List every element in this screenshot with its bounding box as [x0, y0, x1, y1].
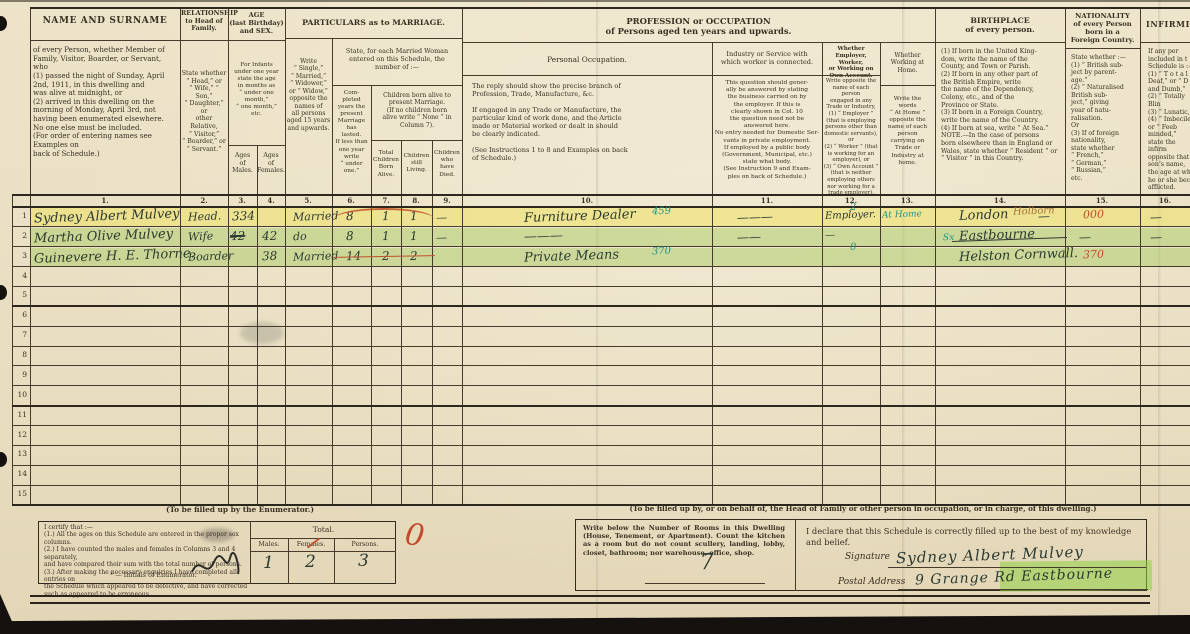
industry: —— [737, 230, 761, 243]
grid-line [12, 485, 1190, 486]
column-instructions-age: For Infants under one year state the age… [227, 62, 286, 119]
grid-line [462, 75, 712, 76]
column-label-ages-females: Ages of Females. [257, 152, 285, 175]
column-label-industry: Industry or Service with which worker is… [714, 50, 820, 66]
enumerator-males-value: 1 [263, 555, 274, 572]
census-schedule-page: NAME AND SURNAME of every Person, whethe… [0, 0, 1190, 634]
grid-line [12, 346, 1190, 347]
infirmity: — [1150, 231, 1162, 243]
column-number-13: 13. [895, 196, 919, 205]
column-label-personal-occupation: Personal Occupation. [462, 56, 712, 65]
grid-line [822, 42, 823, 505]
grid-line [30, 8, 31, 505]
rooms-baseline [645, 583, 765, 584]
age-female: 42 [262, 230, 278, 243]
column-instructions-relationship: State whether “ Head,” or “ Wife,” “ Son… [181, 70, 227, 153]
grid-line [12, 305, 1190, 307]
enumerator-total-rule [250, 538, 396, 539]
grid-line [935, 42, 1065, 43]
enumerator-section-heading: (To be filled up by the Enumerator.) [115, 506, 365, 515]
column-instructions-working-at-home: Write the words “ At Home ” opposite the… [881, 96, 934, 167]
column-number-9: 9. [435, 196, 459, 205]
at-home: At Home [882, 210, 922, 220]
grid-line [30, 7, 1190, 9]
column-number-5: 5. [296, 196, 320, 205]
grid-line [462, 8, 463, 505]
enumerator-males-label: Males. [250, 541, 288, 548]
grid-line [12, 425, 1190, 426]
occupation: ——— [524, 229, 563, 243]
column-number-10: 10. [575, 196, 599, 205]
children-died: — [436, 232, 447, 243]
column-header-age: AGE (last Birthday) and SEX. [228, 12, 285, 36]
employment-code: 2 [850, 203, 857, 213]
grid-line [822, 75, 880, 76]
column-number-14: 14. [988, 196, 1012, 205]
marriage-years: 8 [346, 230, 354, 242]
occupation: Private Means [524, 248, 619, 264]
row-number-4: 4 [12, 271, 27, 280]
column-instructions-married-woman: State, for each Married Woman entered on… [334, 48, 460, 71]
grid-line [935, 8, 936, 505]
column-label-ages-males: Ages of Males. [228, 152, 257, 175]
row-number-14: 14 [12, 469, 27, 478]
marital: Married [293, 210, 339, 223]
row-number-9: 9 [12, 370, 27, 379]
grid-line [712, 75, 822, 76]
column-instructions-marriage-years: Com- pleted years the present Marriage h… [333, 90, 370, 175]
grid-line [332, 38, 333, 505]
enumerator-initials-scribble [186, 550, 244, 580]
grid-line [180, 40, 228, 41]
grid-line [12, 326, 1190, 327]
sheet-bottom-rule [30, 595, 1150, 597]
column-instructions-employer: Write opposite the name of each person e… [823, 78, 879, 197]
column-header-marriage: PARTICULARS as to MARRIAGE. [285, 18, 462, 27]
grid-line [12, 445, 1190, 446]
grid-line [285, 8, 286, 505]
occupation: Furniture Dealer [524, 208, 636, 225]
column-label-children-living: Children still Living. [401, 153, 432, 175]
declaration-text: I declare that this Schedule is correctl… [806, 526, 1138, 548]
occupation-code: 459 [652, 207, 671, 218]
birthplace-dash: — [1038, 210, 1050, 222]
children-living: 1 [410, 230, 418, 242]
column-header-relationship: RELATIONSHIP to Head of Family. [181, 10, 227, 33]
grid-line [12, 194, 1190, 196]
column-header-birthplace: BIRTHPLACE of every person. [935, 16, 1065, 35]
row-number-15: 15 [12, 489, 27, 498]
birthplace: Helston Cornwall. [959, 247, 1078, 264]
grid-line [371, 85, 372, 505]
row-number-6: 6 [12, 310, 27, 319]
column-header-name: NAME AND SURNAME [34, 16, 176, 27]
occupation-code: 370 [652, 246, 671, 257]
grid-line [1140, 8, 1141, 505]
column-number-6: 6. [339, 196, 363, 205]
grid-line [1065, 48, 1140, 49]
rooms-instructions: Write below the Number of Rooms in this … [583, 524, 785, 557]
postal-baseline [898, 589, 1148, 590]
birthplace: London [959, 208, 1009, 223]
row-number-5: 5 [12, 290, 27, 299]
scan-top-edge [0, 0, 1190, 2]
column-number-11: 11. [755, 196, 779, 205]
sheet-bottom-rule [30, 602, 1150, 604]
grid-line [30, 40, 180, 41]
relationship: Wife [188, 230, 214, 242]
grid-line [332, 85, 462, 86]
age-male: 334 [232, 210, 255, 223]
grid-line [371, 140, 462, 141]
grid-line [12, 465, 1190, 466]
column-number-4: 4. [259, 196, 283, 205]
children-died: — [436, 212, 447, 223]
signature-label: Signature [845, 552, 890, 562]
grid-line [712, 42, 713, 505]
column-instructions-children-born: Children born alive to present Marriage.… [373, 92, 461, 129]
row-number-8: 8 [12, 350, 27, 359]
age-female: 38 [262, 249, 278, 262]
employment: — [825, 231, 835, 241]
enumerator-labels-rule [250, 551, 396, 552]
grid-line [12, 365, 1190, 366]
column-instructions-nationality: State whether :— (1) “ British sub- ject… [1071, 54, 1139, 183]
column-instructions-infirmity: If any per included in t Schedule is :— … [1148, 48, 1190, 192]
column-header-infirmity: INFIRMITY [1146, 20, 1190, 30]
nationality-code: 000 [1083, 209, 1104, 221]
column-instructions-industry: This question should gener- ally be answ… [714, 80, 820, 181]
column-instructions-birthplace: (1) If born in the United King- dom, wri… [941, 48, 1061, 163]
column-header-nationality: NATIONALITY of every Person born in a Fo… [1065, 12, 1140, 45]
enumerator-persons-label: Persons. [334, 541, 396, 548]
declaration-section-heading: (To be filled up by, or on behalf of, th… [582, 505, 1144, 514]
declaration-box-divider [795, 519, 796, 591]
children-born: 1 [382, 230, 390, 242]
grid-line [228, 40, 285, 41]
nationality-dash: — [1079, 231, 1091, 243]
column-instructions-name: of every Person, whether Member of Famil… [33, 46, 179, 158]
grid-line [462, 42, 935, 43]
column-number-16: 16. [1153, 196, 1177, 205]
grid-line [12, 286, 1190, 287]
age-male-struck: 42 [230, 230, 246, 243]
row-number-12: 12 [12, 430, 27, 439]
row-number-11: 11 [12, 410, 27, 419]
column-instructions-marriage-write: Write “ Single,” “ Married,” “ Widower,”… [286, 58, 331, 132]
relationship: Head. [188, 210, 222, 222]
column-instructions-personal-occupation: The reply should show the precise branch… [472, 82, 704, 162]
enumerator-females-value: 2 [305, 554, 316, 571]
row-number-10: 10 [12, 390, 27, 399]
grid-line [880, 85, 935, 86]
infirmity: — [1150, 211, 1162, 223]
industry: ——— [737, 210, 773, 223]
employment-code: 0 [850, 243, 857, 253]
column-label-working-at-home: Whether Working at Home. [881, 52, 934, 74]
enumerator-total-label: Total. [251, 525, 396, 534]
column-label-children-died: Children who have Died. [432, 150, 462, 179]
column-number-1: 1. [93, 196, 117, 205]
row-number-1: 1 [12, 211, 27, 220]
grid-line [880, 42, 881, 505]
row-number-13: 13 [12, 449, 27, 458]
grid-line [1140, 42, 1190, 43]
row-number-2: 2 [12, 231, 27, 240]
column-number-8: 8. [404, 196, 428, 205]
nationality-code: 370 [1083, 248, 1104, 260]
grid-line [12, 385, 1190, 386]
grid-line [285, 38, 462, 39]
relationship: Boarder [188, 250, 234, 263]
grid-line [12, 405, 1190, 407]
row-number-3: 3 [12, 251, 27, 260]
column-number-3: 3. [230, 196, 254, 205]
postal-address-label: Postal Address [838, 577, 905, 587]
enumerator-col-divider [334, 538, 335, 584]
column-number-2: 2. [192, 196, 216, 205]
grid-line [12, 266, 1190, 267]
column-label-children-total: Total Children Born Alive. [371, 150, 401, 179]
rooms-value: 7 [699, 552, 714, 575]
enumerator-persons-value: 3 [358, 553, 369, 570]
marital: Married [293, 250, 339, 263]
row-number-7: 7 [12, 330, 27, 339]
marital: do [293, 231, 307, 242]
column-header-profession: PROFESSION or OCCUPATION of Persons aged… [462, 16, 935, 36]
enumerator-col-divider [288, 538, 289, 584]
grid-line [228, 145, 285, 146]
column-number-7: 7. [374, 196, 398, 205]
column-number-15: 15. [1090, 196, 1114, 205]
